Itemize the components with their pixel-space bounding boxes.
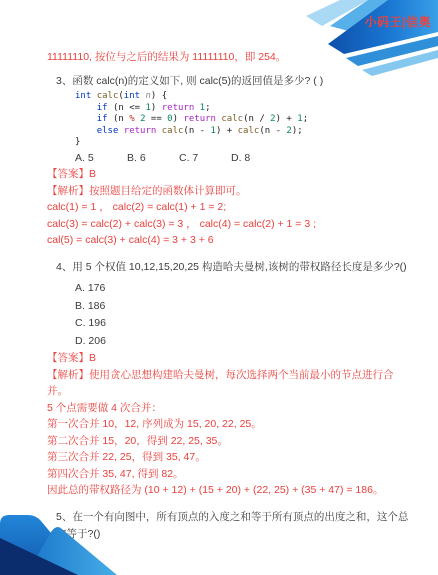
analysis-line: cal(5) = calc(3) + calc(4) = 3 + 3 + 6 (47, 232, 410, 249)
option-label: C. 7 (179, 150, 231, 167)
question-3-analysis: 【解析】按照题目给定的函数体计算即可。calc(1) = 1 ， calc(2)… (47, 183, 410, 249)
analysis-line: calc(3) = calc(2) + calc(3) = 3 ， calc(4… (47, 216, 410, 233)
question-4-analysis: 【解析】使用贪心思想构建哈夫曼树，每次选择两个当前最小的节点进行合并。5 个点需… (47, 367, 410, 499)
analysis-line: 第二次合并 15，20，得到 22, 25, 35。 (47, 433, 410, 450)
analysis-line: 【解析】按照题目给定的函数体计算即可。 (47, 183, 410, 200)
analysis-line: 因此总的带权路径为 (10 + 12) + (15 + 20) + (22, 2… (47, 482, 410, 499)
option-label: A. 5 (75, 150, 127, 167)
answer-line: 【答案】B (47, 166, 410, 183)
code-line: if (n % 2 == 0) return calc(n / 2) + 1; (75, 114, 410, 126)
intro-line: 11111110, 按位与之后的结果为 11111110，即 254。 (47, 49, 410, 66)
question-4-title: 4、用 5 个权值 10,12,15,20,25 构造哈夫曼树,该树的带权路径长… (47, 259, 410, 276)
question-3-options-row: A. 5B. 6C. 7D. 8 (75, 150, 410, 167)
code-line: if (n <= 1) return 1; (75, 103, 410, 115)
code-line: } (75, 137, 410, 149)
analysis-line: 第一次合并 10，12, 序列成为 15, 20, 22, 25。 (47, 416, 410, 433)
question-3-title: 3、函数 calc(n)的定义如下, 则 calc(5)的返回值是多少? ( ) (47, 73, 410, 90)
option-label: D. 8 (231, 150, 283, 167)
answer-line: 【答案】B (47, 350, 410, 367)
question-4: 4、用 5 个权值 10,12,15,20,25 构造哈夫曼树,该树的带权路径长… (47, 259, 410, 499)
option-label: B. 186 (75, 298, 410, 315)
analysis-line: calc(1) = 1 ， calc(2) = calc(1) + 1 = 2; (47, 199, 410, 216)
document-page: { "brand": { "logo_text": "小码王|信奥" }, "c… (0, 0, 438, 575)
code-block: int calc(int n) { if (n <= 1) return 1; … (47, 91, 410, 149)
option-label: D. 206 (75, 333, 410, 350)
document-content: 11111110, 按位与之后的结果为 11111110，即 254。 3、函数… (0, 0, 438, 544)
analysis-line: 第三次合并 22, 25，得到 35, 47。 (47, 449, 410, 466)
option-label: C. 196 (75, 315, 410, 332)
analysis-line: 第四次合并 35, 47, 得到 82。 (47, 466, 410, 483)
question-3: 3、函数 calc(n)的定义如下, 则 calc(5)的返回值是多少? ( )… (47, 73, 410, 249)
code-line: int calc(int n) { (75, 91, 410, 103)
code-line: else return calc(n - 1) + calc(n - 2); (75, 126, 410, 138)
analysis-line: 5 个点需要做 4 次合并： (47, 400, 410, 417)
question-5: 5、在一个有向图中，所有顶点的入度之和等于所有顶点的出度之和，这个总和等于?() (47, 509, 410, 544)
analysis-line: 【解析】使用贪心思想构建哈夫曼树，每次选择两个当前最小的节点进行合并。 (47, 367, 410, 400)
option-label: A. 176 (75, 280, 410, 297)
option-label: B. 6 (127, 150, 179, 167)
question-5-title: 5、在一个有向图中，所有顶点的入度之和等于所有顶点的出度之和，这个总和等于?() (47, 509, 410, 544)
question-4-options: A. 176B. 186C. 196D. 206 (47, 280, 410, 350)
